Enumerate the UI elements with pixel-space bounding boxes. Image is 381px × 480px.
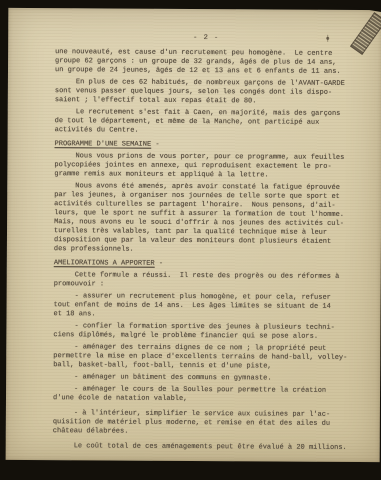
text-line: tout enfant de moins de 14 ans. Les âges…: [54, 301, 356, 312]
section-heading-dash: -: [151, 141, 159, 149]
page-number: - 2 -: [55, 33, 357, 44]
section-heading-text: AMELIORATIONS A APPORTER: [54, 259, 155, 268]
text-line: saient ; l'effectif total aux repas étai…: [55, 96, 357, 107]
paragraph: - assurer un recrutement plus homogène, …: [53, 292, 355, 321]
scanned-document: - 2 - une nouveauté, est cause d'un recr…: [0, 0, 381, 480]
text-line: - aménager un bâtiment des communs en gy…: [53, 373, 355, 384]
section-heading-dash: -: [155, 260, 163, 268]
paragraph: une nouveauté, est cause d'un recrutemen…: [55, 48, 357, 77]
text-line: château délabrées.: [53, 427, 355, 438]
text-blocks: une nouveauté, est cause d'un recrutemen…: [53, 48, 357, 453]
paragraph: - à l'intérieur, simplifier le service a…: [53, 409, 355, 438]
page-content: - 2 - une nouveauté, est cause d'un recr…: [53, 33, 358, 453]
section-heading: AMELIORATIONS A APPORTER -: [54, 259, 356, 270]
paragraph: Nous vous prions de vous porter, pour ce…: [54, 152, 356, 181]
paragraph: En plus de ces 62 habitués, de nombreux …: [55, 78, 357, 107]
text-line: promouvoir :: [54, 280, 356, 291]
paragraph: Cette formule a réussi. Il reste des pro…: [54, 271, 356, 291]
section-heading: PROGRAMME D'UNE SEMAINE -: [55, 140, 357, 151]
section-heading-text: PROGRAMME D'UNE SEMAINE: [55, 140, 152, 149]
paragraph: Le recrutement s'est fait à Caen, en maj…: [55, 108, 357, 137]
paragraph: - confier la formation sportive des jeun…: [53, 322, 355, 342]
paragraph: Le coût total de ces aménagements peut ê…: [53, 442, 355, 453]
paragraph: - aménager le cours de la Soulles pour p…: [53, 385, 355, 405]
paragraph: - aménager un bâtiment des communs en gy…: [53, 373, 355, 384]
text-line: d'une école de natation valable,: [53, 394, 355, 405]
text-line: un groupe de 24 jeunes, âgés de 12 et 13…: [55, 66, 357, 77]
text-line: et 18 ans.: [53, 310, 355, 321]
text-line: ball, basket-ball, foot-ball, tennis et …: [53, 361, 355, 372]
paragraph: Nous avons été amenés, après avoir const…: [54, 182, 356, 256]
text-line: ciens diplômés, malgré le problème finan…: [53, 331, 355, 342]
text-line: Le coût total de ces aménagements peut ê…: [53, 442, 355, 453]
paragraph: - aménager des terrains dignes de ce nom…: [53, 343, 355, 372]
text-line: des professionnels.: [54, 245, 356, 256]
document-page: - 2 - une nouveauté, est cause d'un recr…: [6, 8, 381, 462]
text-line: activités du Centre.: [55, 126, 357, 137]
text-line: gramme remis aux moniteurs et appliqué à…: [54, 170, 356, 181]
